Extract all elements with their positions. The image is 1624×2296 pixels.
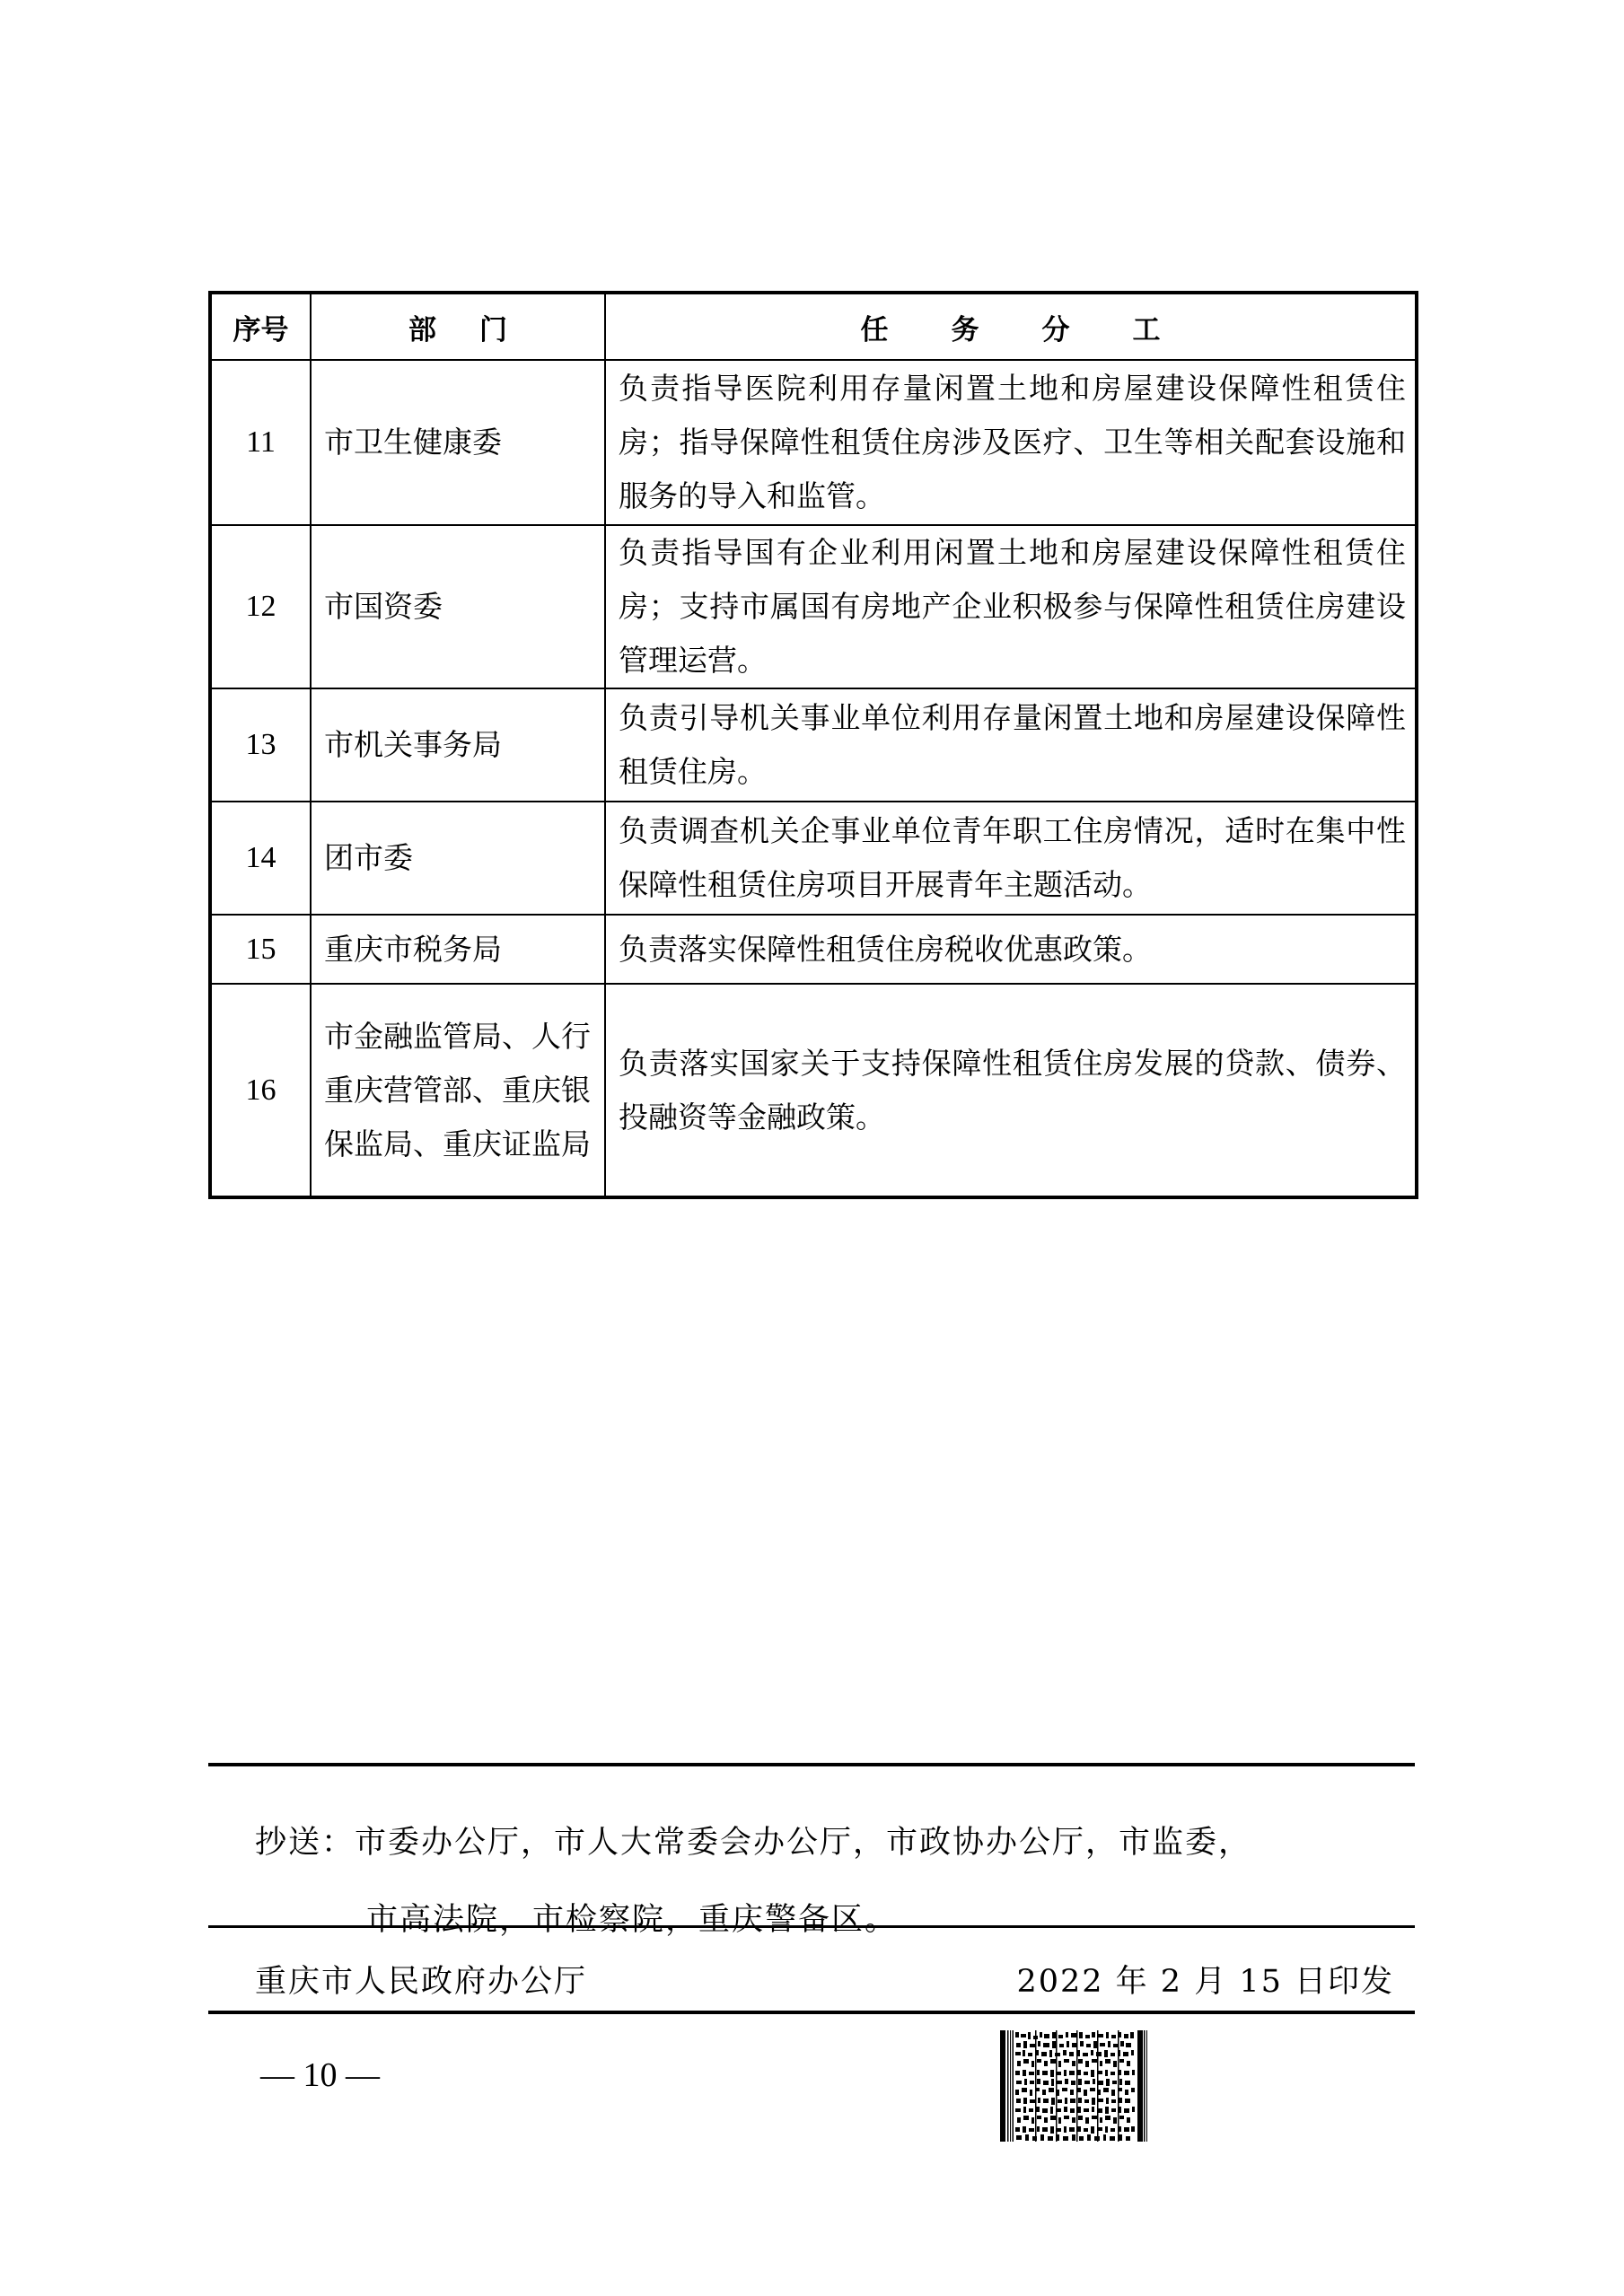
2d-barcode-icon: [1000, 2030, 1149, 2142]
row-no: 12: [210, 525, 311, 688]
row-department: 市卫生健康委: [311, 360, 605, 525]
row-no: 13: [210, 688, 311, 802]
table-row: 13 市机关事务局 负责引导机关事业单位利用存量闲置土地和房屋建设保障性租赁住房…: [210, 688, 1417, 802]
header-no: 序号: [210, 293, 311, 360]
row-no: 11: [210, 360, 311, 525]
row-task: 负责落实保障性租赁住房税收优惠政策。: [605, 915, 1417, 984]
row-no: 15: [210, 915, 311, 984]
cc-line-1: 抄送：市委办公厅，市人大常委会办公厅，市政协办公厅，市监委，: [255, 1825, 1251, 1861]
page-number: — 10 —: [260, 2055, 380, 2095]
task-division-table: 序号 部门 任务分工 11 市卫生健康委 负责指导医院利用存量闲置土地和房屋建设…: [208, 291, 1418, 1199]
row-department: 市机关事务局: [311, 688, 605, 802]
row-department: 团市委: [311, 802, 605, 915]
issue-date: 2022 年 2 月 15 日印发: [1016, 1957, 1394, 2002]
row-task: 负责指导医院利用存量闲置土地和房屋建设保障性租赁住房；指导保障性租赁住房涉及医疗…: [605, 360, 1417, 525]
row-no: 14: [210, 802, 311, 915]
table-row: 11 市卫生健康委 负责指导医院利用存量闲置土地和房屋建设保障性租赁住房；指导保…: [210, 360, 1417, 525]
cc-bottom-rule: [208, 1925, 1415, 1928]
row-department: 重庆市税务局: [311, 915, 605, 984]
row-task: 负责落实国家关于支持保障性租赁住房发展的贷款、债券、投融资等金融政策。: [605, 984, 1417, 1197]
row-task: 负责引导机关事业单位利用存量闲置土地和房屋建设保障性租赁住房。: [605, 688, 1417, 802]
table-row: 16 市金融监管局、人行重庆营管部、重庆银保监局、重庆证监局 负责落实国家关于支…: [210, 984, 1417, 1197]
issue-bottom-rule: [208, 2011, 1415, 2014]
cc-line-2: 市高法院，市检察院，重庆警备区。: [255, 1881, 1251, 1959]
row-task: 负责调查机关企事业单位青年职工住房情况，适时在集中性保障性租赁住房项目开展青年主…: [605, 802, 1417, 915]
table-row: 15 重庆市税务局 负责落实保障性租赁住房税收优惠政策。: [210, 915, 1417, 984]
header-department: 部门: [311, 293, 605, 360]
issuer: 重庆市人民政府办公厅: [255, 1957, 587, 2002]
cc-top-rule: [208, 1763, 1415, 1766]
header-task: 任务分工: [605, 293, 1417, 360]
cc-list: 抄送：市委办公厅，市人大常委会办公厅，市政协办公厅，市监委， 市高法院，市检察院…: [255, 1804, 1251, 1959]
table-row: 12 市国资委 负责指导国有企业利用闲置土地和房屋建设保障性租赁住房；支持市属国…: [210, 525, 1417, 688]
row-department: 市国资委: [311, 525, 605, 688]
document-page: 序号 部门 任务分工 11 市卫生健康委 负责指导医院利用存量闲置土地和房屋建设…: [0, 0, 1624, 2296]
row-task: 负责指导国有企业利用闲置土地和房屋建设保障性租赁住房；支持市属国有房地产企业积极…: [605, 525, 1417, 688]
table-header-row: 序号 部门 任务分工: [210, 293, 1417, 360]
row-no: 16: [210, 984, 311, 1197]
row-department: 市金融监管局、人行重庆营管部、重庆银保监局、重庆证监局: [311, 984, 605, 1197]
table-row: 14 团市委 负责调查机关企事业单位青年职工住房情况，适时在集中性保障性租赁住房…: [210, 802, 1417, 915]
